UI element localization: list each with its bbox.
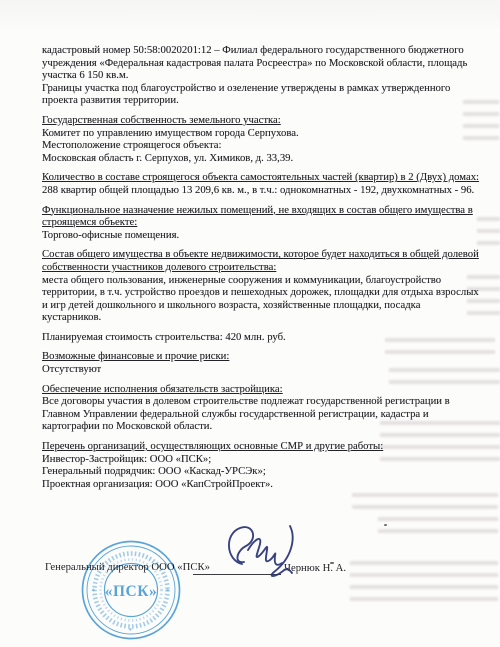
doc-line: Все договоры участия в долевом строитель… <box>42 395 468 408</box>
doc-line: кадастровый номер 50:58:0020201:12 – Фил… <box>42 44 468 57</box>
section-heading: Количество в составе строящегося объекта… <box>42 171 468 184</box>
doc-line: Московская область г. Серпухов, ул. Хими… <box>42 152 468 165</box>
scan-speck <box>384 524 387 526</box>
stamp-center-text: «ПСК» <box>105 583 158 600</box>
bleed-through-text <box>463 95 499 142</box>
section-heading: Возможные финансовые и прочие риски: <box>42 350 468 363</box>
doc-line: учреждения «Федеральная кадастровая пала… <box>42 57 468 70</box>
stamp-star: * <box>92 588 96 596</box>
doc-line: Инвестор-Застройщик: ООО «ПСК»; <box>42 453 468 466</box>
doc-line: участка 6 150 кв.м. <box>42 69 468 82</box>
section-heading: Функциональное назначение нежилых помеще… <box>42 204 468 217</box>
bleed-through-text <box>352 488 498 509</box>
doc-line: Планируемая стоимость строительства: 420… <box>42 331 468 344</box>
section-heading: Перечень организаций, осуществляющих осн… <box>42 440 468 453</box>
document-page: кадастровый номер 50:58:0020201:12 – Фил… <box>0 0 500 647</box>
doc-line: Генеральный подрядчик: ООО «Каскад-УРСЭк… <box>42 465 468 478</box>
document-body: кадастровый номер 50:58:0020201:12 – Фил… <box>42 44 468 490</box>
section-heading: строящемся объекте: <box>42 216 468 229</box>
stamp-star: * <box>166 588 170 596</box>
signature-scribble-icon <box>212 520 332 580</box>
doc-line: Комитет по управлению имуществом города … <box>42 127 468 140</box>
doc-line: Местоположение строящегося объекта: <box>42 139 468 152</box>
section-heading: собственности участников долевого строит… <box>42 261 468 274</box>
doc-line: места общего пользования, инженерные соо… <box>42 274 468 287</box>
doc-line: Отсутствуют <box>42 363 468 376</box>
doc-line: и игр детей дошкольного и школьного возр… <box>42 299 468 312</box>
doc-line: Проектная организация: ООО «КапСтройПрое… <box>42 478 468 491</box>
bleed-through-text <box>378 512 498 541</box>
bleed-through-text <box>350 556 498 602</box>
section-heading: Состав общего имущества в объекте недвиж… <box>42 248 468 261</box>
doc-line: Границы участка под благоустройство и оз… <box>42 82 468 95</box>
bleed-through-text <box>477 212 500 248</box>
section-heading: Государственная собственность земельного… <box>42 114 468 127</box>
doc-line: кустарников. <box>42 311 468 324</box>
company-stamp: * * * «ПСК» <box>79 538 183 642</box>
doc-line: картографии по Московской области. <box>42 420 468 433</box>
doc-line: проекта развития территории. <box>42 94 468 107</box>
doc-line: Торгово-офисные помещения. <box>42 229 468 242</box>
doc-line: территории, в т.ч. устройство проездов и… <box>42 286 468 299</box>
doc-line: Главном Управлении федеральной службы го… <box>42 408 468 421</box>
doc-line: 288 квартир общей площадью 13 209,6 кв. … <box>42 184 468 197</box>
section-heading: Обеспечение исполнения обязательств заст… <box>42 383 468 396</box>
stamp-star: * <box>129 627 133 635</box>
